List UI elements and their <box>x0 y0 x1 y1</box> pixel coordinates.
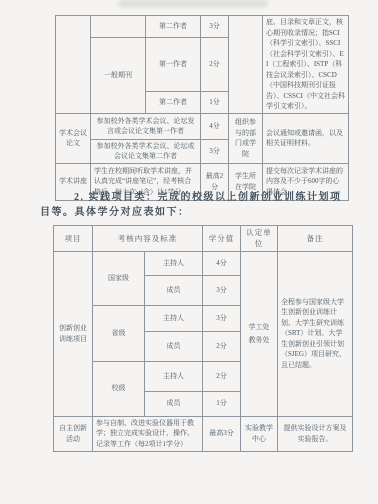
t1-category-empty-cell <box>56 16 91 114</box>
t2-school-member-score: 1分 <box>203 391 241 416</box>
t1-prev-journal-type-empty-cell <box>91 16 146 38</box>
t2-national-member-role: 成员 <box>145 275 203 305</box>
t1-second-author-score: 1分 <box>201 91 229 113</box>
section-heading-line2: 目等。具体学分对应表如下： <box>40 205 354 220</box>
t2-provincial-leader-score: 3分 <box>203 305 241 331</box>
academic-score-table: 第二作者 3分 底、目录和文章正文，核心期刊收录情况；指SCI（科学引文索引）、… <box>55 15 349 201</box>
t2-national-leader-role: 主持人 <box>145 251 203 275</box>
t1-conference-unit: 组织参与的部门或学院 <box>229 113 263 163</box>
t2-innovation-unit-line2: 教务处 <box>244 335 274 346</box>
t1-conference-row2-score: 3分 <box>201 139 229 163</box>
t1-journal-unit-empty-cell <box>229 16 263 114</box>
t1-conference-notes: 会议通知或邀请函，以及相关证明材料。 <box>263 113 349 163</box>
t2-header-score: 学分值 <box>203 226 241 252</box>
t2-header-remark: 备注 <box>278 226 353 252</box>
t2-school-member-role: 成员 <box>145 391 203 416</box>
t2-national-leader-score: 4分 <box>203 251 241 275</box>
scan-artifact <box>118 0 268 7</box>
t2-header-project: 项目 <box>54 226 93 252</box>
t2-independent-label: 自主创新活动 <box>54 416 93 451</box>
t1-second-author-cell: 第二作者 <box>146 91 201 113</box>
t2-level-national: 国家级 <box>93 251 145 305</box>
t2-level-provincial: 省级 <box>93 305 145 361</box>
t1-general-journal-label: 一般期刊 <box>91 38 146 114</box>
t2-innovation-unit: 学工处 教务处 <box>241 251 278 416</box>
t1-prev-author-cell: 第二作者 <box>146 16 201 38</box>
t2-innovation-label: 创新创业训练项目 <box>54 251 93 416</box>
t2-school-leader-score: 2分 <box>203 361 241 391</box>
t2-provincial-member-score: 2分 <box>203 331 241 361</box>
t2-independent-unit: 实验教学中心 <box>241 416 278 451</box>
t2-independent-content: 参与自制、改进实验仪器用于教学；独立完成实验设计、操作、记录等工作（每2项计1学… <box>93 416 203 451</box>
t1-conference-row1-score: 4分 <box>201 113 229 139</box>
t2-independent-score: 最高3分 <box>203 416 241 451</box>
t1-conference-row1-content: 参加校外各类学术会议、论坛发言或会议论文集第一作者 <box>91 113 201 139</box>
practice-project-table: 项目 考核内容及标准 学分值 认定单位 备注 创新创业训练项目 国家级 主持人 … <box>53 225 353 452</box>
t1-prev-score-cell: 3分 <box>201 16 229 38</box>
t2-innovation-remark: 全程参与国家级大学生创新创业训练计划、大学生研究训练（SRT）计划、大学生创新创… <box>278 251 353 416</box>
t2-national-member-score: 3分 <box>203 275 241 305</box>
t1-first-author-score: 2分 <box>201 38 229 92</box>
t1-conference-label: 学术会议论文 <box>56 113 91 163</box>
t1-journal-notes-cell: 底、目录和文章正文，核心期刊收录情况；指SCI（科学引文索引）、SSCI（社会科… <box>263 16 349 114</box>
t1-conference-row2-content: 参加校外各类学术会议、论坛或会议论文集第二作者 <box>91 139 201 163</box>
t1-first-author-cell: 第一作者 <box>146 38 201 92</box>
t2-innovation-unit-stack: 学工处 教务处 <box>244 322 274 346</box>
t2-header-criteria: 考核内容及标准 <box>93 226 203 252</box>
t2-level-school: 校级 <box>93 361 145 416</box>
t2-provincial-leader-role: 主持人 <box>145 305 203 331</box>
t2-provincial-member-role: 成员 <box>145 331 203 361</box>
t2-school-leader-role: 主持人 <box>145 361 203 391</box>
t2-header-unit: 认定单位 <box>241 226 278 252</box>
t2-independent-remark: 提供实验设计方案及实验报告。 <box>278 416 353 451</box>
section-heading: 2. 实践项目类：完成的校级以上创新创业训练计划项 目等。具体学分对应表如下： <box>40 190 354 220</box>
document-page: 第二作者 3分 底、目录和文章正文，核心期刊收录情况；指SCI（科学引文索引）、… <box>0 0 378 504</box>
t2-innovation-unit-line1: 学工处 <box>244 322 274 333</box>
section-heading-line1: 2. 实践项目类：完成的校级以上创新创业训练计划项 <box>74 190 354 205</box>
